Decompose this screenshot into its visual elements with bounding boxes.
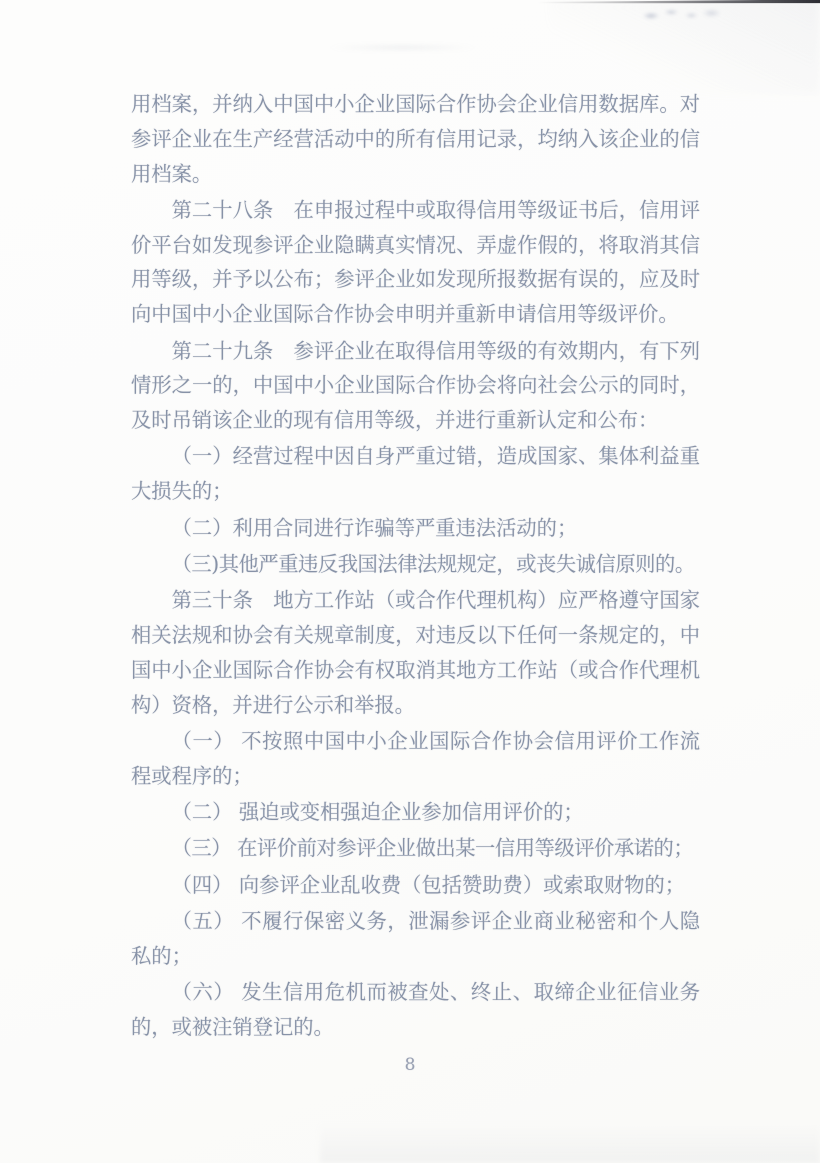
paragraph: 用档案，并纳入中国中小企业国际合作协会企业信用数据库。对参评企业在生产经营活动中… — [131, 87, 700, 191]
scan-streak — [295, 41, 510, 54]
paragraph: （三)其他严重违反我国法律法规规定，或丧失诚信原则的。 — [131, 547, 700, 582]
paragraph: （六） 发生信用危机而被查处、终止、取缔企业征信业务的，或被注销登记的。 — [131, 975, 700, 1045]
scanned-document-page: 用档案，并纳入中国中小企业国际合作协会企业信用数据库。对参评企业在生产经营活动中… — [0, 0, 820, 1163]
paragraph: （一）经营过程中因自身严重过错，造成国家、集体利益重大损失的； — [131, 439, 700, 509]
document-body: 用档案，并纳入中国中小企业国际合作协会企业信用数据库。对参评企业在生产经营活动中… — [131, 87, 700, 1045]
paragraph: （三） 在评价前对参评企业做出某一信用等级评价承诺的； — [131, 831, 700, 866]
page-number: 8 — [0, 1053, 820, 1077]
paragraph: （五） 不履行保密义务，泄漏参评企业商业秘密和个人隐私的； — [131, 904, 700, 974]
scan-shading-bottom — [320, 1115, 820, 1163]
ink-smudge — [636, 5, 720, 23]
paragraph: （四） 向参评企业乱收费（包括赞助费）或索取财物的； — [131, 868, 700, 903]
paragraph: 第二十九条 参评企业在取得信用等级的有效期内，有下列情形之一的，中国中小企业国际… — [131, 334, 700, 438]
paragraph: 第三十条 地方工作站（或合作代理机构）应严格遵守国家相关法规和协会有关规章制度，… — [131, 583, 700, 722]
paragraph: （一） 不按照中国中小企业国际合作协会信用评价工作流程或程序的； — [131, 724, 700, 794]
paragraph: （二） 强迫或变相强迫企业参加信用评价的； — [131, 795, 700, 830]
paragraph: （二）利用合同进行诈骗等严重违法活动的； — [131, 511, 700, 546]
paragraph: 第二十八条 在申报过程中或取得信用等级证书后，信用评价平台如发现参评企业隐瞒真实… — [131, 193, 700, 332]
